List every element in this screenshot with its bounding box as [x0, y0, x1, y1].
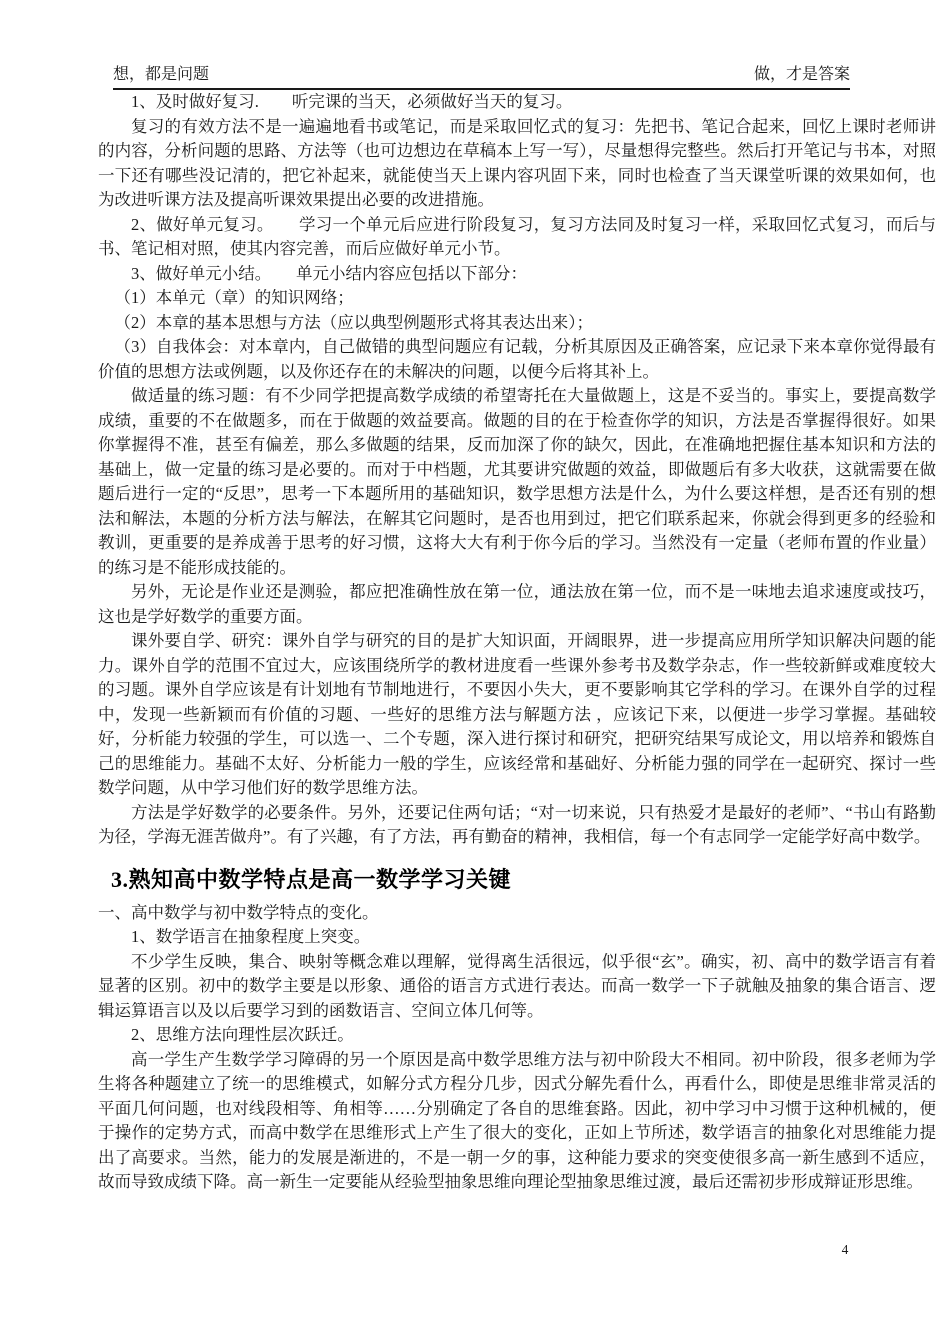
paragraph: 3、做好单元小结。 单元小结内容应包括以下部分： — [98, 262, 936, 287]
document-body: 1、及时做好复习. 听完课的当天，必须做好当天的复习。复习的有效方法不是一遍遍地… — [98, 90, 936, 1195]
paragraph: 不少学生反映，集合、映射等概念难以理解，觉得离生活很远，似乎很“玄”。确实，初、… — [98, 950, 936, 1024]
paragraph: （2）本章的基本思想与方法（应以典型例题形式将其表达出来）； — [98, 311, 936, 336]
paragraph: 方法是学好数学的必要条件。另外，还要记住两句话；“对一切来说，只有热爱才是最好的… — [98, 801, 936, 850]
paragraph: 1、及时做好复习. 听完课的当天，必须做好当天的复习。 — [98, 90, 936, 115]
paragraph: 2、做好单元复习。 学习一个单元后应进行阶段复习，复习方法同及时复习一样，采取回… — [98, 213, 936, 262]
page-header: 想，都是问题 做，才是答案 — [113, 66, 850, 90]
paragraph: 高一学生产生数学学习障碍的另一个原因是高中数学思维方法与初中阶段大不相同。初中阶… — [98, 1048, 936, 1195]
section3-subheading: 一、高中数学与初中数学特点的变化。 — [98, 901, 936, 926]
paragraph: （3）自我体会：对本章内，自己做错的典型问题应有记载，分析其原因及正确答案，应记… — [98, 335, 936, 384]
document-page: 想，都是问题 做，才是答案 1、及时做好复习. 听完课的当天，必须做好当天的复习… — [0, 0, 950, 1344]
section3-heading: 3.熟知高中数学特点是高一数学学习关键 — [111, 865, 936, 895]
paragraph: （1）本单元（章）的知识网络； — [98, 286, 936, 311]
paragraph: 1、数学语言在抽象程度上突变。 — [98, 925, 936, 950]
paragraph: 2、思维方法向理性层次跃迁。 — [98, 1023, 936, 1048]
paragraph: 另外，无论是作业还是测验，都应把准确性放在第一位，通法放在第一位，而不是一味地去… — [98, 580, 936, 629]
section-hs-math-characteristics: 1、数学语言在抽象程度上突变。不少学生反映，集合、映射等概念难以理解，觉得离生活… — [98, 925, 936, 1195]
paragraph: 课外要自学、研究：课外自学与研究的目的是扩大知识面，开阔眼界，进一步提高应用所学… — [98, 629, 936, 801]
page-number: 4 — [830, 1242, 860, 1258]
section-study-methods: 1、及时做好复习. 听完课的当天，必须做好当天的复习。复习的有效方法不是一遍遍地… — [98, 90, 936, 850]
header-left-text: 想，都是问题 — [113, 66, 209, 84]
paragraph: 复习的有效方法不是一遍遍地看书或笔记，而是采取回忆式的复习：先把书、笔记合起来，… — [98, 115, 936, 213]
header-right-text: 做，才是答案 — [754, 66, 850, 84]
paragraph: 做适量的练习题：有不少同学把提高数学成绩的希望寄托在大量做题上，这是不妥当的。事… — [98, 384, 936, 580]
